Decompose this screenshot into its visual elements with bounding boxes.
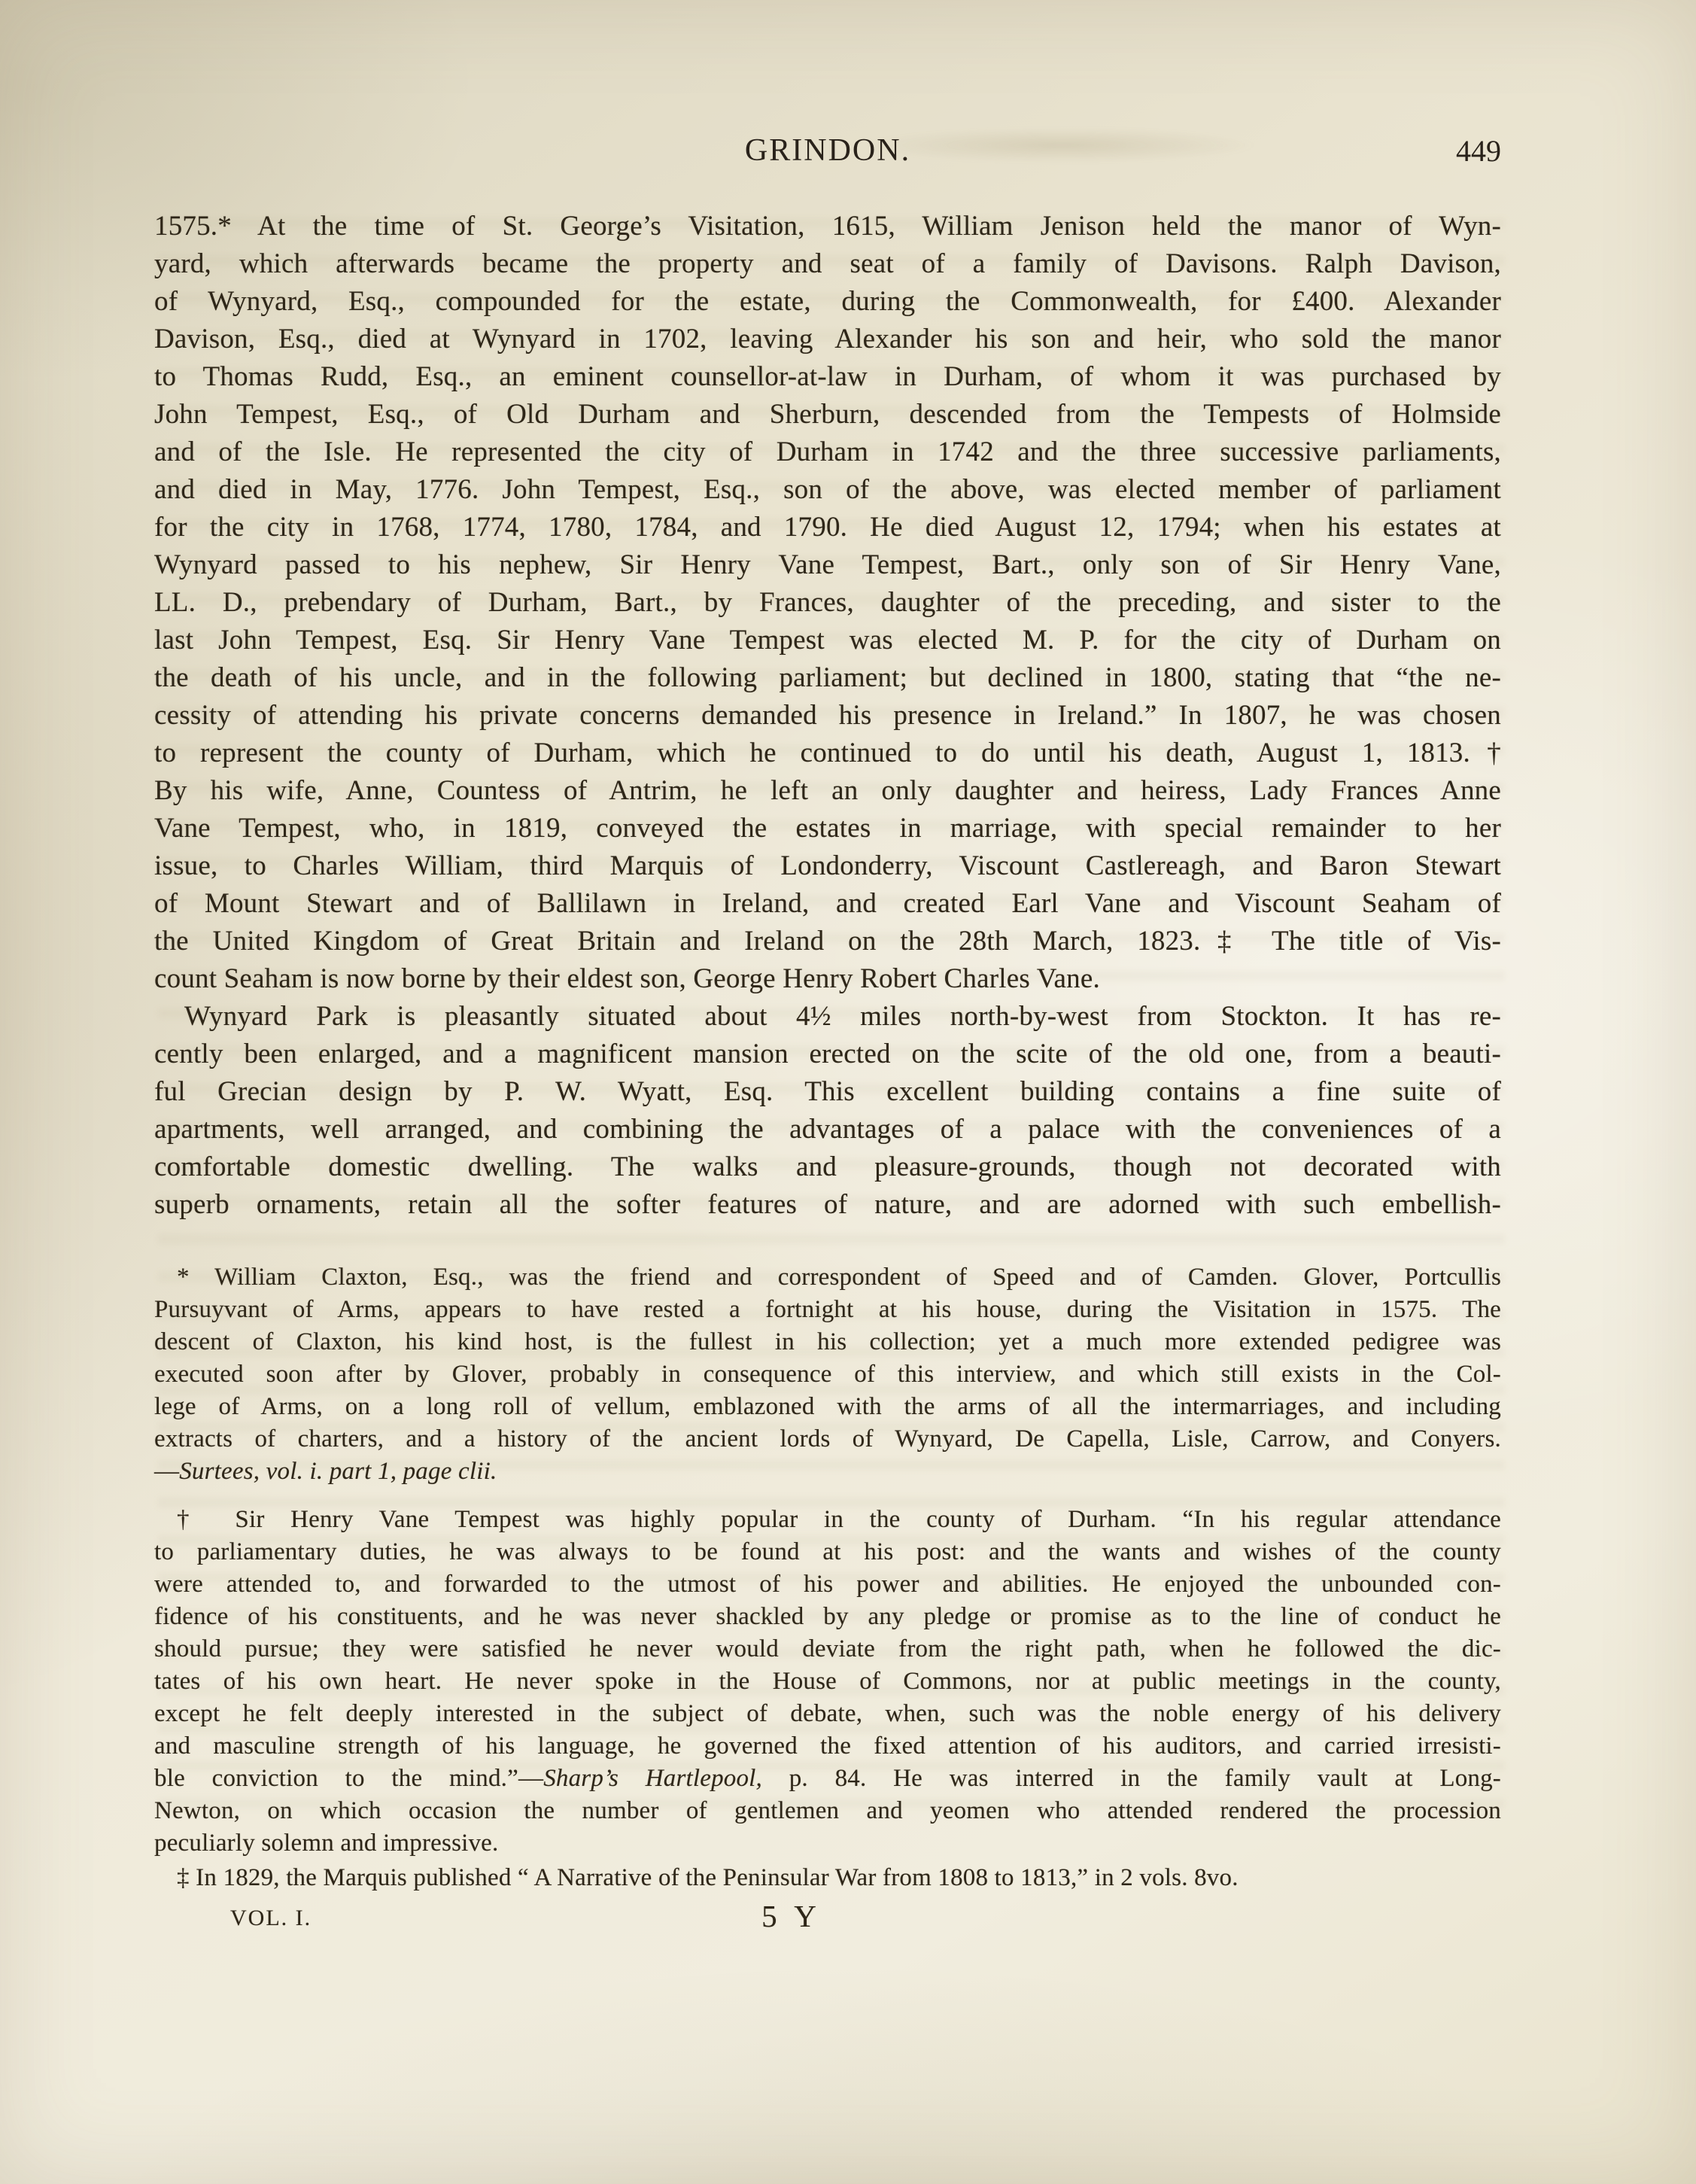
text-segment: — [154, 1458, 179, 1485]
text-line: of Mount Stewart and of Ballilawn in Ire… [154, 885, 1501, 923]
italic-citation: Sharp’s Hartlepool, [543, 1765, 762, 1792]
footnote-double-dagger: ‡ In 1829, the Marquis published “ A Nar… [154, 1862, 1501, 1894]
text-line: cessity of attending his private concern… [154, 697, 1501, 735]
text-line: should pursue; they were satisfied he ne… [154, 1633, 1501, 1665]
text-line: were attended to, and forwarded to the u… [154, 1568, 1501, 1601]
text-line: Wynyard passed to his nephew, Sir Henry … [154, 546, 1501, 584]
text-line: and of the Isle. He represented the city… [154, 433, 1501, 471]
text-line: Pursuyvant of Arms, appears to have rest… [154, 1294, 1501, 1326]
text-line: executed soon after by Glover, probably … [154, 1358, 1501, 1391]
main-paragraph-1: 1575.* At the time of St. George’s Visit… [154, 208, 1501, 998]
footnote-asterisk: * William Claxton, Esq., was the friend … [154, 1261, 1501, 1488]
text-line: By his wife, Anne, Countess of Antrim, h… [154, 772, 1501, 810]
text-line: * William Claxton, Esq., was the friend … [154, 1261, 1501, 1294]
text-line: 1575.* At the time of St. George’s Visit… [154, 208, 1501, 245]
text-line: † Sir Henry Vane Tempest was highly popu… [154, 1504, 1501, 1536]
text-line: fidence of his constituents, and he was … [154, 1601, 1501, 1633]
text-line: to represent the county of Durham, which… [154, 735, 1501, 772]
text-line: to Thomas Rudd, Esq., an eminent counsel… [154, 358, 1501, 396]
text-line: last John Tempest, Esq. Sir Henry Vane T… [154, 622, 1501, 659]
text-line: ble conviction to the mind.”—Sharp’s Har… [154, 1763, 1501, 1795]
text-segment: p. 84. He was interred in the family vau… [762, 1765, 1501, 1792]
text-line: Vane Tempest, who, in 1819, conveyed the… [154, 810, 1501, 847]
text-line: and died in May, 1776. John Tempest, Esq… [154, 471, 1501, 509]
text-line: issue, to Charles William, third Marquis… [154, 847, 1501, 885]
italic-citation: Surtees, vol. i. part 1, page clii. [179, 1458, 497, 1485]
text-line: count Seaham is now borne by their eldes… [154, 960, 1501, 998]
text-line: descent of Claxton, his kind host, is th… [154, 1326, 1501, 1358]
text-line: ‡ In 1829, the Marquis published “ A Nar… [154, 1862, 1501, 1894]
main-paragraph-2: Wynyard Park is pleasantly situated abou… [154, 998, 1501, 1224]
text-line: superb ornaments, retain all the softer … [154, 1186, 1501, 1224]
text-line: Wynyard Park is pleasantly situated abou… [154, 998, 1501, 1036]
text-line: comfortable domestic dwelling. The walks… [154, 1148, 1501, 1186]
page-number: 449 [1456, 133, 1501, 169]
text-line: Davison, Esq., died at Wynyard in 1702, … [154, 321, 1501, 358]
text-line: yard, which afterwards became the proper… [154, 245, 1501, 283]
text-line: tates of his own heart. He never spoke i… [154, 1665, 1501, 1698]
signature-mark: 5 Y [118, 1898, 1465, 1934]
text-line: for the city in 1768, 1774, 1780, 1784, … [154, 509, 1501, 546]
text-line: cently been enlarged, and a magnificent … [154, 1036, 1501, 1073]
text-line: to parliamentary duties, he was always t… [154, 1536, 1501, 1568]
text-line: Newton, on which occasion the number of … [154, 1795, 1501, 1827]
text-line: except he felt deeply interested in the … [154, 1698, 1501, 1730]
book-page: GRINDON. 449 1575.* At the time of St. G… [0, 0, 1696, 2184]
text-line: —Surtees, vol. i. part 1, page clii. [154, 1455, 1501, 1488]
text-line: and masculine strength of his language, … [154, 1730, 1501, 1763]
text-line: ful Grecian design by P. W. Wyatt, Esq. … [154, 1073, 1501, 1111]
text-line: the United Kingdom of Great Britain and … [154, 923, 1501, 960]
footnote-dagger: † Sir Henry Vane Tempest was highly popu… [154, 1504, 1501, 1860]
text-line: extracts of charters, and a history of t… [154, 1423, 1501, 1455]
text-line: of Wynyard, Esq., compounded for the est… [154, 283, 1501, 321]
text-segment: ble conviction to the mind.”— [154, 1765, 543, 1792]
text-line: apartments, well arranged, and combining… [154, 1111, 1501, 1148]
text-line: lege of Arms, on a long roll of vellum, … [154, 1391, 1501, 1423]
page-header: GRINDON. 449 [154, 132, 1501, 169]
text-line: LL. D., prebendary of Durham, Bart., by … [154, 584, 1501, 622]
running-title: GRINDON. [154, 132, 1501, 169]
text-line: peculiarly solemn and impressive. [154, 1827, 1501, 1860]
text-line: John Tempest, Esq., of Old Durham and Sh… [154, 396, 1501, 433]
text-line: the death of his uncle, and in the follo… [154, 659, 1501, 697]
